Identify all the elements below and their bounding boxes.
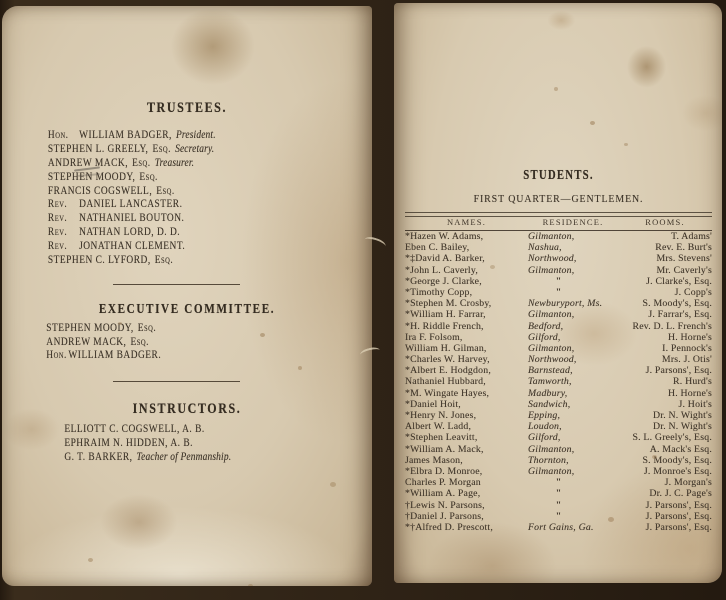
student-room: A. Mack's Esq. [618,444,712,455]
student-room: J. Parsons', Esq. [618,511,712,522]
section-divider-rule [113,381,240,382]
member-name: WILLIAM BADGER, [79,129,172,141]
student-row: *Charles W. Harvey,Northwood,Mrs. J. Oti… [405,354,712,365]
student-row: Albert W. Ladd,Loudon,Dr. N. Wight's [405,421,712,432]
student-name: Nathaniel Hubbard, [405,376,528,387]
student-name: *Albert E. Hodgdon, [405,365,528,376]
student-row: *Stephen M. Crosby,Newburyport, Ms.S. Mo… [405,298,712,309]
member-name: WILLIAM BADGER. [68,349,161,361]
student-residence: Gilford, [528,332,618,343]
member-line: ANDREW MACK,Esq.Treasurer. [2,157,305,171]
student-residence: Barnstead, [528,365,618,376]
member-line: Hon.WILLIAM BADGER,President. [2,129,305,143]
student-residence: Gilmanton, [528,466,618,477]
residence-column-header: RESIDENCE. [528,217,618,227]
scanned-book-spread: TRUSTEES. Hon.WILLIAM BADGER,President.S… [0,0,726,600]
student-name: *H. Riddle French, [405,321,528,332]
foxing-speck [554,87,558,91]
student-row: †Lewis N. Parsons,"J. Parsons', Esq. [405,500,712,511]
member-name: ELLIOTT C. COGSWELL, A. B. [64,423,204,435]
member-prefix: Rev. [48,226,79,240]
member-name: ANDREW MACK, [46,336,126,348]
student-name: Albert W. Ladd, [405,421,528,432]
member-suffix: Esq. [138,322,156,334]
member-suffix: Esq. [131,336,149,348]
foxing-speck [118,322,122,325]
students-heading: STUDENTS. [436,167,682,183]
member-name: EPHRAIM N. HIDDEN, A. B. [64,437,193,449]
member-role: Secretary. [175,143,214,155]
member-suffix: Esq. [155,254,173,266]
member-line: ELLIOTT C. COGSWELL, A. B. [2,422,305,436]
student-name: *M. Wingate Hayes, [405,388,528,399]
student-row: James Mason,Thornton,S. Moody's, Esq. [405,455,712,466]
student-row: *Henry N. Jones,Epping,Dr. N. Wight's [405,410,712,421]
student-residence: Northwood, [528,354,618,365]
student-room: I. Pennock's [618,343,712,354]
names-column-header: NAMES. [405,217,528,227]
student-row: *George J. Clarke,"J. Clarke's, Esq. [405,276,712,287]
student-row: *H. Riddle French,Bedford,Rev. D. L. Fre… [405,321,712,332]
student-room: J. Parsons', Esq. [618,365,712,376]
student-name: James Mason, [405,455,528,466]
member-suffix: Esq. [152,143,170,155]
student-residence: Loudon, [528,421,618,432]
student-row: *Elbra D. Monroe,Gilmanton,J. Monroe's E… [405,466,712,477]
member-line: STEPHEN MOODY,Esq. [2,171,305,185]
student-name: *Stephen Leavitt, [405,432,528,443]
member-line: STEPHEN C. LYFORD,Esq. [2,254,305,268]
student-residence: " [528,500,618,511]
student-row: †Daniel J. Parsons,"J. Parsons', Esq. [405,511,712,522]
student-room: J. Monroe's Esq. [618,466,712,477]
student-row: *Albert E. Hodgdon,Barnstead,J. Parsons'… [405,365,712,376]
right-page: STUDENTS. FIRST QUARTER—GENTLEMEN. NAMES… [394,3,722,583]
first-quarter-subheading: FIRST QUARTER—GENTLEMEN. [420,193,696,205]
student-residence: Gilmanton, [528,444,618,455]
member-role: President. [176,129,216,141]
student-room: S. Moody's, Esq. [618,455,712,466]
member-name: G. T. BARKER, [64,451,132,463]
student-name: *Henry N. Jones, [405,410,528,421]
student-room: J. Clarke's, Esq. [618,276,712,287]
member-name: DANIEL LANCASTER. [79,198,182,210]
student-name: *John L. Caverly, [405,265,528,276]
left-page: TRUSTEES. Hon.WILLIAM BADGER,President.S… [2,6,372,586]
member-line: Hon.WILLIAM BADGER. [2,349,305,363]
member-line: Rev.NATHANIEL BOUTON. [2,212,305,226]
student-name: *Stephen M. Crosby, [405,298,528,309]
student-room: Dr. N. Wight's [618,410,712,421]
student-row: *‡David A. Barker,Northwood,Mrs. Stevens… [405,253,712,264]
student-name: *†Alfred D. Prescott, [405,522,528,533]
instructors-heading: INSTRUCTORS. [39,401,335,418]
student-residence: " [528,276,618,287]
foxing-speck [88,558,93,562]
student-room: Rev. E. Burt's [618,242,712,253]
foxing-speck [624,143,628,146]
student-room: S. L. Greely's, Esq. [618,432,712,443]
member-line: EPHRAIM N. HIDDEN, A. B. [2,436,305,450]
student-residence: " [528,477,618,488]
foxing-speck [248,584,253,586]
foxing-speck [330,482,336,487]
student-room: Dr. J. C. Page's [618,488,712,499]
member-name: FRANCIS COGSWELL, [48,185,152,197]
student-room: Mr. Caverly's [618,265,712,276]
student-name: William H. Gilman, [405,343,528,354]
student-room: Mrs. J. Otis' [618,354,712,365]
student-room: H. Horne's [618,388,712,399]
student-name: *Charles W. Harvey, [405,354,528,365]
member-line: FRANCIS COGSWELL,Esq. [2,185,305,199]
student-row: Ira F. Folsom,Gilford,H. Horne's [405,332,712,343]
student-name: *William H. Farrar, [405,309,528,320]
student-name: †Daniel J. Parsons, [405,511,528,522]
student-residence: Gilford, [528,432,618,443]
student-row: Charles P. Morgan"J. Morgan's [405,477,712,488]
student-residence: Nashua, [528,242,618,253]
student-row: *William H. Farrar,Gilmanton,J. Farrar's… [405,309,712,320]
student-name: *‡David A. Barker, [405,253,528,264]
student-room: Mrs. Stevens' [618,253,712,264]
student-row: *†Alfred D. Prescott,Fort Gains, Ga.J. P… [405,522,712,533]
member-prefix: Rev. [48,240,79,254]
student-residence: Fort Gains, Ga. [528,522,618,533]
student-residence: Northwood, [528,253,618,264]
students-table: *Hazen W. Adams,Gilmanton,T. Adams'Eben … [405,231,712,533]
member-name: STEPHEN L. GREELY, [48,143,148,155]
foxing-speck [260,333,265,337]
student-residence: " [528,511,618,522]
student-room: J. Farrar's, Esq. [618,309,712,320]
student-row: *Hazen W. Adams,Gilmanton,T. Adams' [405,231,712,242]
student-residence: " [528,488,618,499]
student-row: *William A. Page,"Dr. J. C. Page's [405,488,712,499]
student-name: *Elbra D. Monroe, [405,466,528,477]
student-name: *William A. Page, [405,488,528,499]
member-suffix: Esq. [156,185,174,197]
student-row: Eben C. Bailey,Nashua,Rev. E. Burt's [405,242,712,253]
student-residence: Gilmanton, [528,309,618,320]
student-residence: Madbury, [528,388,618,399]
student-residence: Gilmanton, [528,231,618,242]
student-room: T. Adams' [618,231,712,242]
member-name: JONATHAN CLEMENT. [79,240,185,252]
member-suffix: Esq. [139,171,157,183]
member-name: STEPHEN C. LYFORD, [48,254,151,266]
student-row: Nathaniel Hubbard,Tamworth,R. Hurd's [405,376,712,387]
member-role: Treasurer. [155,157,194,169]
member-line: G. T. BARKER,Teacher of Penmanship. [2,450,305,464]
member-name: NATHANIEL BOUTON. [79,212,184,224]
member-prefix: Rev. [48,198,79,212]
member-suffix: Esq. [132,157,150,169]
student-name: *Timothy Copp, [405,287,528,298]
student-name: Eben C. Bailey, [405,242,528,253]
student-room: Dr. N. Wight's [618,421,712,432]
student-residence: Epping, [528,410,618,421]
member-role: Teacher of Penmanship. [137,451,232,463]
student-room: S. Moody's, Esq. [618,298,712,309]
student-room: J. Copp's [618,287,712,298]
student-name: *George J. Clarke, [405,276,528,287]
student-room: Rev. D. L. French's [618,321,712,332]
executive-committee-list: STEPHEN MOODY,Esq.ANDREW MACK,Esq.Hon.WI… [2,322,372,363]
table-header-row: NAMES. RESIDENCE. ROOMS. [405,217,712,227]
student-room: H. Horne's [618,332,712,343]
student-name: Charles P. Morgan [405,477,528,488]
foxing-speck [590,121,595,125]
member-line: ANDREW MACK,Esq. [2,336,305,350]
foxing-speck [608,517,614,522]
student-room: J. Morgan's [618,477,712,488]
executive-committee-heading: EXECUTIVE COMMITTEE. [39,302,335,318]
trustees-heading: TRUSTEES. [39,100,335,117]
student-name: Ira F. Folsom, [405,332,528,343]
student-name: *Daniel Hoit, [405,399,528,410]
student-residence: Thornton, [528,455,618,466]
student-room: J. Parsons', Esq. [618,500,712,511]
student-residence: Gilmanton, [528,265,618,276]
student-row: *Timothy Copp,"J. Copp's [405,287,712,298]
student-room: J. Parsons', Esq. [618,522,712,533]
student-room: J. Hoit's [618,399,712,410]
member-prefix: Rev. [48,212,79,226]
student-row: *John L. Caverly,Gilmanton,Mr. Caverly's [405,265,712,276]
member-line: Rev.JONATHAN CLEMENT. [2,240,305,254]
student-name: *William A. Mack, [405,444,528,455]
foxing-speck [652,455,657,459]
student-residence: Newburyport, Ms. [528,298,618,309]
member-line: Rev.DANIEL LANCASTER. [2,198,305,212]
member-line: Rev.NATHAN LORD, D. D. [2,226,305,240]
student-row: William H. Gilman,Gilmanton,I. Pennock's [405,343,712,354]
student-room: R. Hurd's [618,376,712,387]
student-row: *William A. Mack,Gilmanton,A. Mack's Esq… [405,444,712,455]
section-divider-rule [113,284,240,285]
student-row: *Daniel Hoit,Sandwich,J. Hoit's [405,399,712,410]
rooms-column-header: ROOMS. [618,217,712,227]
member-line: STEPHEN L. GREELY,Esq.Secretary. [2,143,305,157]
member-prefix: Hon. [48,129,79,143]
instructors-list: ELLIOTT C. COGSWELL, A. B.EPHRAIM N. HID… [2,422,372,464]
student-row: *M. Wingate Hayes,Madbury,H. Horne's [405,388,712,399]
student-name: †Lewis N. Parsons, [405,500,528,511]
student-row: *Stephen Leavitt,Gilford,S. L. Greely's,… [405,432,712,443]
student-residence: " [528,287,618,298]
member-name: NATHAN LORD, D. D. [79,226,180,238]
student-residence: Bedford, [528,321,618,332]
foxing-speck [490,265,495,269]
member-name: STEPHEN MOODY, [48,171,135,183]
student-name: *Hazen W. Adams, [405,231,528,242]
trustees-list: Hon.WILLIAM BADGER,President.STEPHEN L. … [2,129,372,268]
student-residence: Gilmanton, [528,343,618,354]
student-residence: Tamworth, [528,376,618,387]
student-residence: Sandwich, [528,399,618,410]
foxing-speck [298,366,302,370]
member-prefix: Hon. [46,349,68,363]
